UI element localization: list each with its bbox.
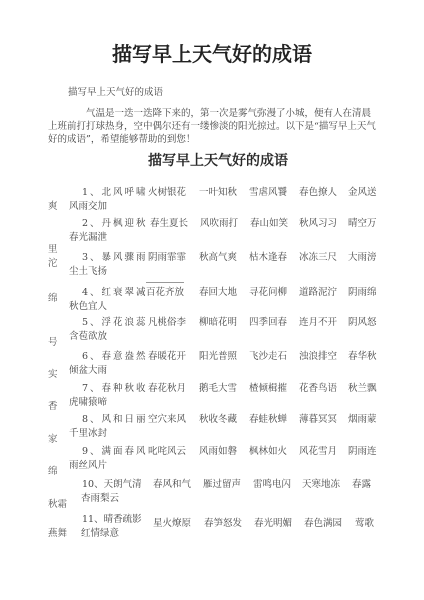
idiom-row: 家 8、风和日丽 空穴来风 秋收冬藏 春蛙秋蝉 薄暮冥冥 烟雨蒙 千里冰封 bbox=[0, 411, 424, 443]
idiom-row: 号 5、浮花浪蕊 凡桃俗李 柳暗花明 四季回春 连月不开 阴风怒 含苞欲放 bbox=[0, 314, 424, 346]
idiom-cell: 春笋怒发 bbox=[204, 515, 242, 529]
idiom-cell: 金风送 bbox=[348, 184, 377, 198]
side-char: 实 bbox=[48, 366, 58, 380]
idiom-row: 秋霜 10、天朗气清 春风和气 雁过留声 雷鸣电闪 天寒地冻 春露 杏雨梨云 bbox=[0, 476, 424, 508]
idiom-cell: 火树银花 bbox=[148, 184, 186, 198]
idiom-row: 绵 4、红衰翠减 百花齐放 春回大地 寻花问柳 道路泥泞 阴雨绵 秋色宜人 bbox=[0, 284, 424, 316]
side-char: 绵 bbox=[48, 290, 58, 304]
row-lead: 8、风和日丽 bbox=[82, 411, 148, 425]
idiom-cell: 一叶知秋 bbox=[199, 184, 237, 198]
idiom-cell: 寻花问柳 bbox=[249, 284, 287, 298]
idiom-cell: 鹅毛大雪 bbox=[199, 380, 237, 394]
idiom-row: 里 2、丹枫迎秋 春生夏长 风吹雨打 春山如笑 秋风习习 晴空万 春光漏泄 bbox=[0, 215, 424, 247]
idiom-cell: 阴雨霏霏 bbox=[148, 249, 186, 263]
idiom-cell: 叱咤风云 bbox=[148, 443, 186, 457]
idiom-cell: 春色撩人 bbox=[299, 184, 337, 198]
idiom-cell: 楂倾楫摧 bbox=[249, 380, 287, 394]
idiom-cell: 阴雨连 bbox=[348, 443, 377, 457]
idiom-cell: 春回大地 bbox=[199, 284, 237, 298]
row-continuation: 秋色宜人 bbox=[69, 298, 107, 312]
row-lead: 6、春意盎然 bbox=[82, 348, 148, 362]
idiom-cell: 烟雨蒙 bbox=[348, 411, 377, 425]
row-lead: 7、春种秋收 bbox=[82, 380, 148, 394]
row-lead: 5、浮花浪蕊 bbox=[82, 314, 148, 328]
row-continuation: 春光漏泄 bbox=[69, 229, 107, 243]
side-char: 香 bbox=[48, 398, 58, 412]
row-continuation: 杏雨梨云 bbox=[81, 490, 119, 504]
idiom-cell: 四季回春 bbox=[249, 314, 287, 328]
idiom-cell: 百花齐放 bbox=[146, 282, 184, 298]
side-char: 沱 bbox=[48, 255, 58, 269]
idiom-cell: 花香鸟语 bbox=[299, 380, 337, 394]
idiom-cell: 春华秋 bbox=[348, 348, 377, 362]
idiom-cell: 阴雨绵 bbox=[348, 284, 377, 298]
idiom-row: 香 7、春种秋收 春花秋月 鹅毛大雪 楂倾楫摧 花香鸟语 秋兰飘 虎啸猿啼 bbox=[0, 380, 424, 412]
idiom-cell: 天寒地冻 bbox=[302, 476, 340, 490]
idiom-cell: 春色满园 bbox=[304, 515, 342, 529]
idiom-cell: 道路泥泞 bbox=[299, 284, 337, 298]
idiom-cell: 雷鸣电闪 bbox=[253, 476, 291, 490]
intro-paragraph: 气温是一迭一迭降下来的，第一次是雾气弥漫了小城，便有人在清晨上班前打打球热身，空… bbox=[48, 107, 376, 146]
idiom-cell: 春暖花开 bbox=[148, 348, 186, 362]
row-lead: 10、天朗气清 bbox=[82, 476, 142, 490]
idiom-row: 爽 1、北风呼啸 火树银花 一叶知秋 雪虐风饕 春色撩人 金风送 风雨交加 bbox=[0, 184, 424, 216]
side-char: 绵 bbox=[48, 463, 58, 477]
idiom-cell: 秋收冬藏 bbox=[199, 411, 237, 425]
idiom-cell: 春山如笑 bbox=[250, 215, 288, 229]
row-continuation: 倾盆大雨 bbox=[69, 362, 107, 376]
row-continuation: 风雨交加 bbox=[69, 198, 107, 212]
side-char: 秋霜 bbox=[48, 496, 67, 510]
row-continuation: 千里冰封 bbox=[69, 425, 107, 439]
row-lead: 9、满面春风 bbox=[82, 443, 148, 457]
idiom-cell: 风吹雨打 bbox=[200, 215, 238, 229]
idiom-cell: 秋高气爽 bbox=[199, 249, 237, 263]
row-continuation: 红情绿意 bbox=[81, 525, 119, 539]
row-lead: 4、红衰翠减 bbox=[82, 284, 148, 298]
idiom-cell: 阳光普照 bbox=[199, 348, 237, 362]
idiom-cell: 飞沙走石 bbox=[249, 348, 287, 362]
idiom-cell: 枯木逢春 bbox=[249, 249, 287, 263]
idiom-cell: 春蛙秋蝉 bbox=[249, 411, 287, 425]
idiom-row: 绵 9、满面春风 叱咤风云 风雨如磐 枫林如火 风花雪月 阴雨连 雨丝风片 bbox=[0, 443, 424, 475]
idiom-cell: 柳暗花明 bbox=[199, 314, 237, 328]
idiom-row: 沱 3、暴风骤雨 阴雨霏霏 秋高气爽 枯木逢春 冰冻三尺 大雨滂 尘土飞扬 bbox=[0, 249, 424, 281]
idiom-cell: 秋风习习 bbox=[299, 215, 337, 229]
idiom-cell: 春光明媚 bbox=[254, 515, 292, 529]
side-char: 燕舞 bbox=[48, 525, 67, 539]
idiom-cell: 春生夏长 bbox=[150, 215, 188, 229]
row-lead: 2、丹枫迎秋 bbox=[82, 215, 148, 229]
idiom-cell: 秋兰飘 bbox=[348, 380, 377, 394]
idiom-cell: 莺歌 bbox=[355, 515, 374, 529]
idiom-cell: 大雨滂 bbox=[348, 249, 377, 263]
row-lead: 1、北风呼啸 bbox=[82, 184, 148, 198]
idiom-cell: 春露 bbox=[352, 476, 371, 490]
page-title: 描写早上天气好的成语 bbox=[0, 38, 424, 67]
idiom-cell: 冰冻三尺 bbox=[299, 249, 337, 263]
idiom-cell: 薄暮冥冥 bbox=[299, 411, 337, 425]
side-char: 号 bbox=[48, 334, 58, 348]
idiom-cell: 枫林如火 bbox=[249, 443, 287, 457]
row-continuation: 尘土飞扬 bbox=[69, 263, 107, 277]
idiom-cell: 雁过留声 bbox=[203, 476, 241, 490]
idiom-cell: 春风和气 bbox=[153, 476, 191, 490]
row-continuation: 虎啸猿啼 bbox=[69, 394, 107, 408]
idiom-cell: 阴风怒 bbox=[348, 314, 377, 328]
idiom-cell: 星火燎原 bbox=[153, 515, 191, 529]
idiom-row: 燕舞 11、晴香疏影 星火燎原 春笋怒发 春光明媚 春色满园 莺歌 红情绿意 bbox=[0, 511, 424, 543]
row-lead: 3、暴风骤雨 bbox=[82, 249, 148, 263]
subtitle: 描写早上天气好的成语 bbox=[68, 84, 163, 98]
idiom-cell: 风花雪月 bbox=[299, 443, 337, 457]
idiom-cell: 晴空万 bbox=[348, 215, 377, 229]
idiom-cell: 浊浪排空 bbox=[299, 348, 337, 362]
idiom-cell: 风雨如磐 bbox=[199, 443, 237, 457]
idiom-cell: 空穴来风 bbox=[148, 411, 186, 425]
idiom-cell: 雪虐风饕 bbox=[249, 184, 287, 198]
section-title: 描写早上天气好的成语 bbox=[0, 150, 424, 170]
idiom-row: 实 6、春意盎然 春暖花开 阳光普照 飞沙走石 浊浪排空 春华秋 倾盆大雨 bbox=[0, 348, 424, 380]
row-continuation: 含苞欲放 bbox=[69, 328, 107, 342]
side-char: 爽 bbox=[48, 198, 58, 212]
row-lead: 11、晴香疏影 bbox=[82, 511, 142, 525]
row-continuation: 雨丝风片 bbox=[69, 457, 107, 471]
idiom-cell: 春花秋月 bbox=[148, 380, 186, 394]
idiom-cell: 连月不开 bbox=[299, 314, 337, 328]
idiom-cell: 凡桃俗李 bbox=[148, 314, 186, 328]
